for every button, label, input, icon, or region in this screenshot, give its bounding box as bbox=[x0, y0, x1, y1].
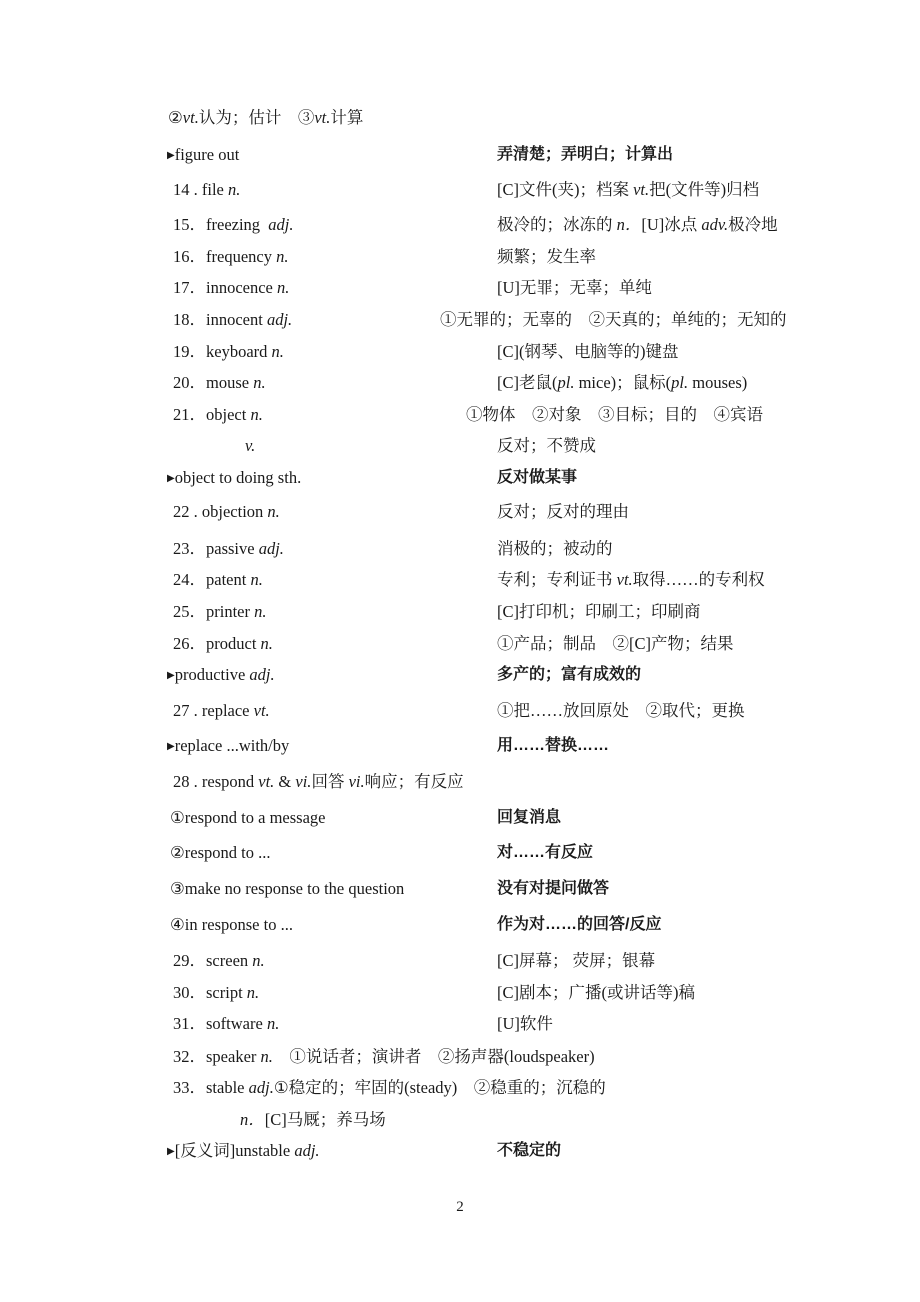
entry-17-innocence-definition: [U]无罪；无辜；单纯 bbox=[497, 277, 652, 298]
entry-27-replace-definition: ①把……放回原处 ②取代；更换 bbox=[497, 700, 745, 721]
entry-31-software-definition: [U]软件 bbox=[497, 1013, 553, 1034]
phrase-arrow-icon: ▶ bbox=[167, 1146, 175, 1157]
entry-29-screen-definition: [C]屏幕； 荧屏；银幕 bbox=[497, 950, 655, 971]
entry-figure-continuation: ②vt.认为；估计 ③vt.计算 bbox=[168, 107, 363, 128]
phrase-arrow-icon: ▶ bbox=[167, 473, 175, 484]
phrase-figure-out-definition: 弄清楚；弄明白；计算出 bbox=[497, 144, 673, 165]
phrase-replace-with-by-term: ▶replace ...with/by bbox=[167, 735, 289, 757]
entry-26-product-term: 26．product n. bbox=[173, 633, 273, 654]
entry-25-printer-term: 25．printer n. bbox=[173, 601, 266, 622]
entry-21-object-term: 21．object n. bbox=[173, 404, 263, 425]
phrase-antonym-unstable-definition: 不稳定的 bbox=[497, 1140, 561, 1161]
entry-21-object-verb-pos: v. bbox=[245, 435, 255, 456]
entry-19-keyboard-term: 19．keyboard n. bbox=[173, 341, 284, 362]
entry-28-respond-term: 28 . respond vt. & vi.回答 vi.响应；有反应 bbox=[173, 771, 464, 792]
entry-22-objection-term: 22 . objection n. bbox=[173, 501, 280, 522]
phrase-make-no-response-definition: 没有对提问做答 bbox=[497, 878, 609, 899]
entry-33-stable-noun-definition: n．[C]马厩；养马场 bbox=[240, 1109, 386, 1130]
entry-15-freezing-term: 15．freezing adj. bbox=[173, 214, 294, 235]
entry-18-innocent-term: 18．innocent adj. bbox=[173, 309, 292, 330]
entry-17-innocence-term: 17．innocence n. bbox=[173, 277, 289, 298]
entry-23-passive-term: 23．passive adj. bbox=[173, 538, 284, 559]
entry-31-software-term: 31．software n. bbox=[173, 1013, 279, 1034]
phrase-in-response-to-definition: 作为对……的回答/反应 bbox=[497, 914, 661, 935]
entry-14-file-term: 14 . file n. bbox=[173, 179, 240, 200]
entry-19-keyboard-definition: [C](钢琴、电脑等的)键盘 bbox=[497, 341, 678, 362]
entry-20-mouse-term: 20．mouse n. bbox=[173, 372, 266, 393]
entry-23-passive-definition: 消极的；被动的 bbox=[497, 538, 613, 559]
phrase-respond-to-term: ②respond to ... bbox=[170, 842, 271, 863]
entry-30-script-term: 30．script n. bbox=[173, 982, 259, 1003]
entry-25-printer-definition: [C]打印机；印刷工；印刷商 bbox=[497, 601, 701, 622]
phrase-productive-definition: 多产的；富有成效的 bbox=[497, 664, 641, 685]
entry-21-object-verb-definition: 反对；不赞成 bbox=[497, 435, 596, 456]
phrase-object-to-doing-term: ▶object to doing sth. bbox=[167, 467, 301, 489]
entry-33-stable-term: 33．stable adj.①稳定的；牢固的(steady) ②稳重的；沉稳的 bbox=[173, 1077, 606, 1098]
phrase-arrow-icon: ▶ bbox=[167, 670, 175, 681]
document-page: ②vt.认为；估计 ③vt.计算 ▶figure out 弄清楚；弄明白；计算出… bbox=[0, 0, 920, 1302]
entry-30-script-definition: [C]剧本；广播(或讲话等)稿 bbox=[497, 982, 695, 1003]
entry-24-patent-term: 24．patent n. bbox=[173, 569, 263, 590]
entry-16-frequency-definition: 频繁；发生率 bbox=[497, 246, 596, 267]
phrase-arrow-icon: ▶ bbox=[167, 150, 175, 161]
entry-18-innocent-definition: ①无罪的；无辜的 ②天真的；单纯的；无知的 bbox=[440, 309, 787, 330]
entry-24-patent-definition: 专利；专利证书 vt.取得……的专利权 bbox=[497, 569, 765, 590]
entry-21-object-noun-definition: ①物体 ②对象 ③目标；目的 ④宾语 bbox=[466, 404, 763, 425]
phrase-make-no-response-term: ③make no response to the question bbox=[170, 878, 404, 899]
phrase-object-to-doing-definition: 反对做某事 bbox=[497, 467, 577, 488]
phrase-arrow-icon: ▶ bbox=[167, 741, 175, 752]
page-number: 2 bbox=[0, 1199, 920, 1216]
entry-15-freezing-definition: 极冷的；冰冻的 n．[U]冰点 adv.极冷地 bbox=[497, 214, 778, 235]
entry-14-file-definition: [C]文件(夹)；档案 vt.把(文件等)归档 bbox=[497, 179, 759, 200]
phrase-replace-with-by-definition: 用……替换…… bbox=[497, 735, 609, 756]
entry-20-mouse-definition: [C]老鼠(pl. mice)；鼠标(pl. mouses) bbox=[497, 372, 747, 393]
entry-22-objection-definition: 反对；反对的理由 bbox=[497, 501, 629, 522]
phrase-in-response-to-term: ④in response to ... bbox=[170, 914, 293, 935]
phrase-respond-to-message-term: ①respond to a message bbox=[170, 807, 325, 828]
phrase-figure-out-term: ▶figure out bbox=[167, 144, 239, 166]
phrase-respond-to-definition: 对……有反应 bbox=[497, 842, 593, 863]
entry-26-product-definition: ①产品；制品 ②[C]产物；结果 bbox=[497, 633, 734, 654]
phrase-productive-term: ▶productive adj. bbox=[167, 664, 275, 686]
entry-16-frequency-term: 16．frequency n. bbox=[173, 246, 288, 267]
phrase-respond-to-message-definition: 回复消息 bbox=[497, 807, 561, 828]
phrase-antonym-unstable-term: ▶[反义词]unstable adj. bbox=[167, 1140, 320, 1162]
entry-32-speaker-term: 32．speaker n. ①说话者；演讲者 ②扬声器(loudspeaker) bbox=[173, 1046, 595, 1067]
entry-27-replace-term: 27 . replace vt. bbox=[173, 700, 270, 721]
entry-29-screen-term: 29．screen n. bbox=[173, 950, 265, 971]
